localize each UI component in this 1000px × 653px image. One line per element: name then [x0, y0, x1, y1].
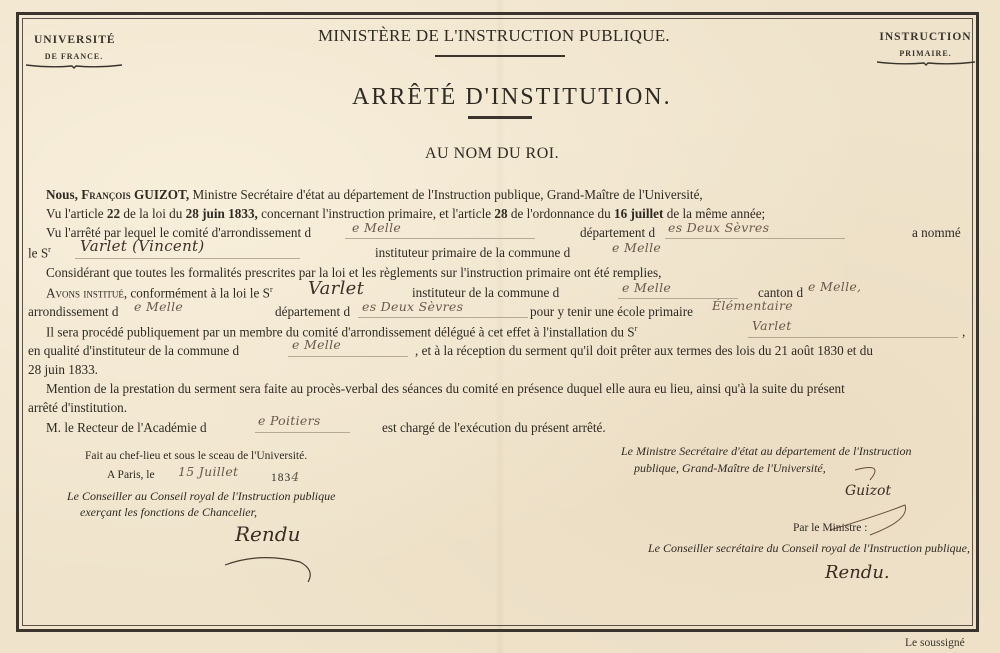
body-line-2: Vu l'article 22 de la loi du 28 juin 183…	[46, 206, 765, 222]
conseiller-role-line-1: Le Conseiller au Conseil royal de l'Inst…	[67, 489, 335, 504]
de-france-label: DE FRANCE.	[34, 52, 114, 61]
text: est chargé de l'exécution du présent arr…	[382, 420, 606, 436]
text-date: 16 juillet	[614, 206, 663, 221]
title-underline	[468, 116, 532, 119]
text: de l'ordonnance du	[511, 206, 611, 221]
handwritten-departement: es Deux Sèvres	[668, 220, 769, 235]
brace-ornament-right	[877, 60, 975, 66]
handwritten-school-type: Élémentaire	[712, 298, 793, 313]
body-line-9: en qualité d'instituteur de la commune d	[28, 343, 239, 359]
fill-line	[288, 356, 408, 357]
text: concernant l'instruction primaire, et l'…	[261, 206, 491, 221]
body-line-13: M. le Recteur de l'Académie d	[46, 420, 207, 436]
ministry-underline	[435, 55, 565, 57]
handwritten-teacher-surname: Varlet	[752, 318, 792, 333]
body-line-1: Nous, François GUIZOT, Ministre Secrétai…	[46, 187, 703, 203]
text-departement-label: département d	[275, 304, 350, 320]
text: pour y tenir une école primaire	[530, 304, 693, 320]
handwritten-departement: es Deux Sèvres	[362, 299, 463, 314]
fill-line	[345, 238, 535, 239]
text-departement-label: département d	[580, 225, 655, 241]
au-nom-du-roi-heading: AU NOM DU ROI.	[425, 145, 559, 163]
instruction-label: INSTRUCTION	[878, 31, 973, 43]
body-line-12: arrêté d'institution.	[28, 400, 127, 416]
handwritten-commune: e Melle	[622, 280, 671, 295]
conseiller-role-line-2: exerçant les fonctions de Chancelier,	[80, 505, 257, 520]
par-le-ministre: Par le Ministre :	[793, 522, 867, 534]
signature-flourish-left	[220, 540, 320, 585]
handwritten-teacher-name: Varlet (Vincent)	[80, 237, 205, 255]
fill-line	[358, 317, 528, 318]
fait-au-chef-lieu: Fait au chef-lieu et sous le sceau de l'…	[85, 450, 307, 462]
signature-rendu-right: Rendu.	[825, 562, 890, 583]
text-sup: r	[48, 245, 51, 254]
text: Vu l'article	[46, 206, 104, 221]
body-line-4: le Sr	[28, 245, 51, 261]
secretaire-role: Le Conseiller secrétaire du Conseil roya…	[648, 541, 970, 556]
body-line-8: Il sera procédé publiquement par un memb…	[46, 324, 637, 340]
text-line1-rest: Ministre Secrétaire d'état au départemen…	[192, 187, 702, 202]
body-line-10: 28 juin 1833.	[28, 362, 98, 378]
handwritten-commune: e Melle	[612, 240, 661, 255]
text-date: 28 juin 1833,	[186, 206, 258, 221]
handwritten-teacher-surname: Varlet	[308, 278, 364, 299]
footer-le-soussigne: Le soussigné	[905, 637, 965, 649]
ministry-heading: MINISTÈRE DE L'INSTRUCTION PUBLIQUE.	[318, 26, 670, 46]
text-nous: Nous,	[46, 187, 78, 202]
handwritten-commune: e Melle	[292, 337, 341, 352]
handwritten-arrondissement: e Melle	[134, 299, 183, 314]
text: de la même année;	[667, 206, 766, 221]
text-guizot: GUIZOT,	[134, 187, 189, 202]
body-line-11: Mention de la prestation du serment sera…	[46, 381, 845, 397]
universite-label: UNIVERSITÉ	[34, 34, 114, 46]
ministre-role-line-1: Le Ministre Secrétaire d'état au départe…	[621, 444, 912, 459]
fill-line	[255, 432, 350, 433]
fill-line	[665, 238, 845, 239]
text-avons-institue: Avons institué,	[46, 285, 127, 300]
text-francois: François	[81, 187, 131, 202]
handwritten-year-digit: 4	[291, 469, 299, 484]
text-article-num: 28	[494, 206, 507, 221]
primaire-label: PRIMAIRE.	[878, 49, 973, 58]
year-label: 1834	[271, 469, 300, 484]
fill-line	[748, 337, 958, 338]
text-sup: r	[270, 285, 273, 294]
handwritten-academie: e Poitiers	[258, 413, 321, 428]
text: le S	[28, 245, 48, 260]
text-article-num: 22	[107, 206, 120, 221]
ministre-role-line-2: publique, Grand-Maître de l'Université,	[634, 461, 826, 476]
text: de la loi du	[123, 206, 182, 221]
text: , et à la réception du serment qu'il doi…	[415, 343, 873, 359]
fill-line	[75, 258, 300, 259]
text: instituteur primaire de la commune d	[375, 245, 570, 261]
handwritten-arrondissement: e Melle	[352, 220, 401, 235]
text-a-nomme: a nommé	[912, 225, 961, 241]
document-title: ARRÊTÉ D'INSTITUTION.	[352, 84, 672, 111]
text: ,	[962, 324, 965, 340]
a-paris-label: A Paris, le	[107, 469, 155, 481]
handwritten-canton: e Melle,	[808, 279, 861, 294]
text-sup: r	[635, 324, 638, 333]
brace-ornament-left	[26, 63, 122, 69]
text-year-printed: 183	[271, 472, 291, 484]
body-line-7: arrondissement d	[28, 304, 118, 320]
handwritten-date: 15 Juillet	[178, 464, 238, 479]
